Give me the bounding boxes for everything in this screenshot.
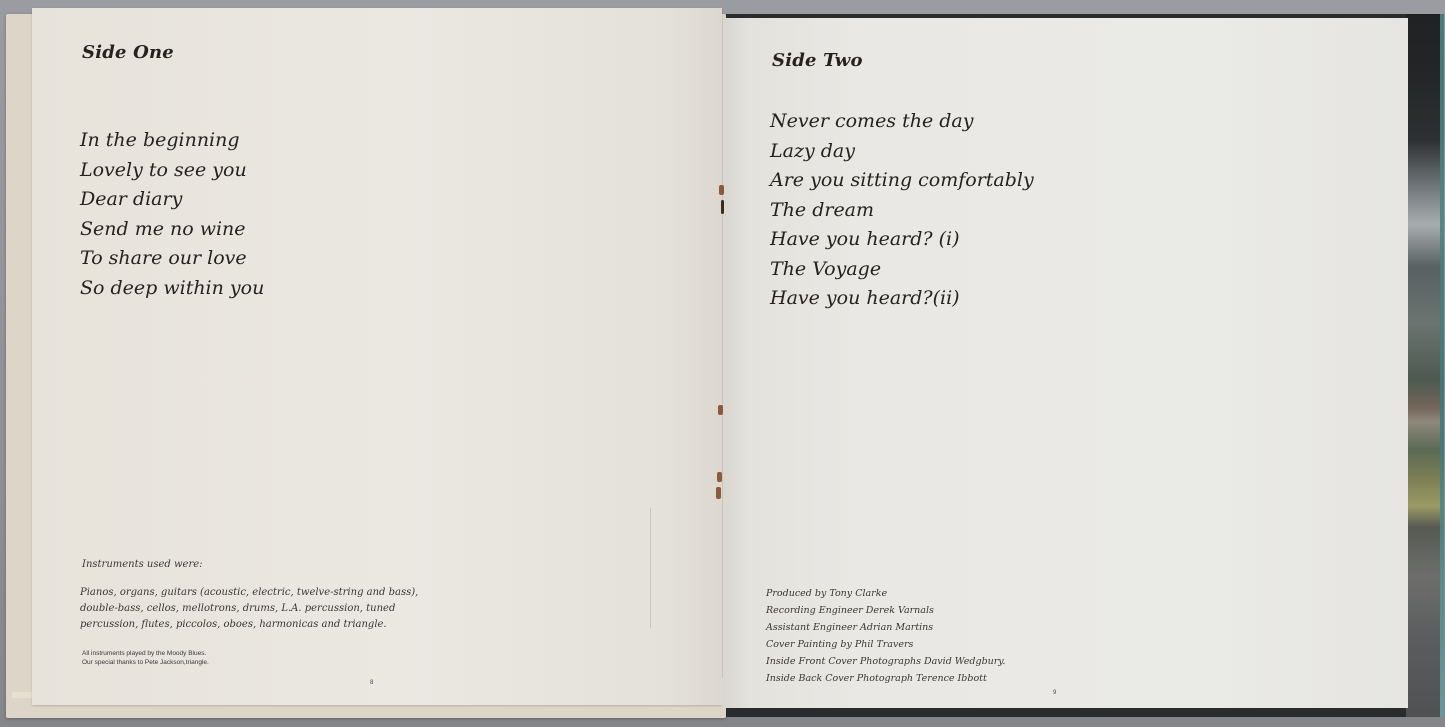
track-item: In the beginning xyxy=(80,126,264,156)
side-one-title: Side One xyxy=(82,42,174,63)
side-two-track-list: Never comes the day Lazy day Are you sit… xyxy=(770,107,1034,314)
track-item: The dream xyxy=(770,196,1034,226)
track-item: Never comes the day xyxy=(770,107,1034,137)
credit-line: Recording Engineer Derek Varnals xyxy=(766,602,1005,619)
cover-photo-edge xyxy=(1440,14,1444,717)
credit-line: Produced by Tony Clarke xyxy=(766,585,1005,602)
credit-line: Cover Painting by Phil Travers xyxy=(766,636,1005,653)
track-item: Lovely to see you xyxy=(80,156,264,186)
credits-note-line-2: Our special thanks to Pete Jackson,trian… xyxy=(82,658,209,667)
track-item: To share our love xyxy=(80,244,264,274)
track-item: Are you sitting comfortably xyxy=(770,166,1034,196)
side-one-track-list: In the beginning Lovely to see you Dear … xyxy=(80,126,264,303)
track-item: Have you heard?(ii) xyxy=(770,284,1034,314)
binding-stitch xyxy=(719,185,724,195)
booklet-scene: Side One In the beginning Lovely to see … xyxy=(0,0,1445,727)
binding-stitch xyxy=(718,405,723,415)
binding-stitch xyxy=(716,487,721,499)
booklet-spine xyxy=(722,18,723,678)
track-item: Have you heard? (i) xyxy=(770,225,1034,255)
page-number-right: 9 xyxy=(1053,690,1056,696)
track-item: So deep within you xyxy=(80,274,264,304)
credits-note-line-1: All instruments played by the Moody Blue… xyxy=(82,649,206,658)
binding-stitch xyxy=(717,472,722,482)
credit-line: Assistant Engineer Adrian Martins xyxy=(766,619,1005,636)
track-item: Send me no wine xyxy=(80,215,264,245)
right-page: Side Two Never comes the day Lazy day Ar… xyxy=(722,18,1408,708)
track-item: Dear diary xyxy=(80,185,264,215)
credit-line: Inside Front Cover Photographs David Wed… xyxy=(766,653,1005,670)
instruments-list: Pianos, organs, guitars (acoustic, elect… xyxy=(80,585,440,633)
cover-photograph xyxy=(1406,14,1444,717)
track-item: The Voyage xyxy=(770,255,1034,285)
page-crease xyxy=(650,508,651,628)
side-two-title: Side Two xyxy=(772,50,863,71)
track-item: Lazy day xyxy=(770,137,1034,167)
credit-line: Inside Back Cover Photograph Terence Ibb… xyxy=(766,670,1005,687)
page-number-left: 8 xyxy=(370,680,373,686)
instruments-heading: Instruments used were: xyxy=(82,559,203,570)
production-credits: Produced by Tony Clarke Recording Engine… xyxy=(766,585,1005,687)
binding-stitch xyxy=(721,200,724,214)
left-page: Side One In the beginning Lovely to see … xyxy=(32,8,722,705)
